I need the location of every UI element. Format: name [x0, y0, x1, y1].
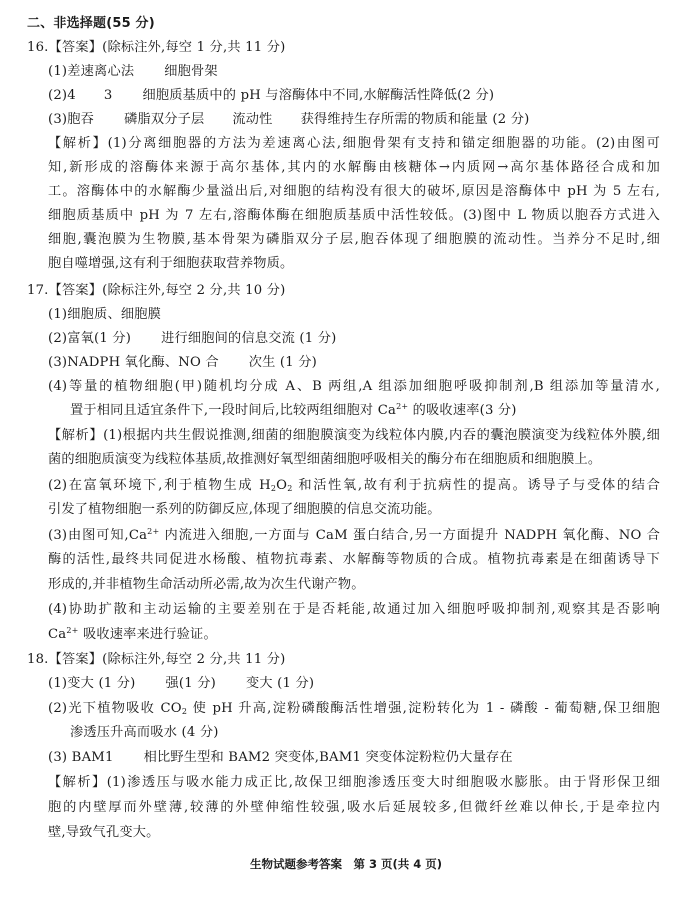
- q17-analysis-line: 酶的活性,最终共同促进水杨酸、植物抗毒素、水解酶等物质的合成。植物抗毒素是在细菌…: [48, 548, 660, 572]
- answer-key-page: 二、非选择题(55 分) 16.【答案】(除标注外,每空 1 分,共 11 分)…: [0, 0, 692, 901]
- q17-analysis-line: 引发了植物细胞一系列的防御反应,体现了细胞膜的信息交流功能。: [48, 498, 441, 522]
- q16-analysis-line: 细胞质基质中 pH 为 7 左右,溶酶体酶在细胞质基质中活性较低。(3)图中 L…: [48, 204, 660, 228]
- q16-analysis-line: 知,新形成的溶酶体来源于高尔基体,其内的水解酶由核糖体→内质网→高尔基体路径合成…: [48, 156, 660, 180]
- q18-answer-1: (1)变大 (1 分)强(1 分)变大 (1 分): [48, 672, 314, 696]
- q16-analysis-line: 细胞,囊泡膜为生物膜,基本骨架为磷脂双分子层,胞吞体现了细胞膜的流动性。当养分不…: [48, 228, 660, 252]
- q16-answer-2: (2)43细胞质基质中的 pH 与溶酶体中不同,水解酶活性降低(2 分): [48, 84, 494, 108]
- q18-analysis-line: 【解析】(1)渗透压与吸水能力成正比,故保卫细胞渗透压变大时细胞吸水膨胀。由于肾…: [48, 771, 660, 795]
- q18-analysis-line: 壁,导致气孔变大。: [48, 821, 160, 845]
- q17-analysis-line: 【解析】(1)根据内共生假说推测,细菌的细胞膜演变为线粒体内膜,内吞的囊泡膜演变…: [48, 424, 660, 448]
- q17-answer-1: (1)细胞质、细胞膜: [48, 303, 161, 327]
- q18-analysis-line: 胞的内壁厚而外壁薄,较薄的外壁伸缩性较强,吸水后延展较多,但微纤丝难以伸长,于是…: [48, 796, 660, 820]
- q17-analysis-line: Ca2+ 吸收速率来进行验证。: [48, 623, 217, 647]
- q17-answer-4: (4)等量的植物细胞(甲)随机均分成 A、B 两组,A 组添加细胞呼吸抑制剂,B…: [48, 375, 660, 399]
- q18-answer-3: (3) BAM1相比野生型和 BAM2 突变体,BAM1 突变体淀粉粒仍大量存在: [48, 746, 513, 770]
- q17-analysis-line: (2)在富氧环境下,利于植物生成 H2O2 和活性氧,故有利于抗病性的提高。诱导…: [48, 474, 660, 498]
- q17-answer-3: (3)NADPH 氧化酶、NO 合次生 (1 分): [48, 351, 317, 375]
- q16-analysis-line: 胞自噬增强,这有利于细胞获取营养物质。: [48, 252, 293, 276]
- q17-answer-2: (2)富氧(1 分)进行细胞间的信息交流 (1 分): [48, 327, 336, 351]
- q17-heading: 17.【答案】(除标注外,每空 2 分,共 10 分): [27, 279, 285, 303]
- q18-answer-2-cont: 渗透压升高而吸水 (4 分): [70, 721, 219, 745]
- q16-answer-1: (1)差速离心法细胞骨架: [48, 60, 218, 84]
- q18-heading: 18.【答案】(除标注外,每空 2 分,共 11 分): [27, 648, 285, 672]
- q17-analysis-line: 菌的细胞质演变为线粒体基质,故推测好氧型细菌细胞呼吸相关的酶分布在细胞质和细胞膜…: [48, 448, 601, 472]
- section-title: 二、非选择题(55 分): [27, 12, 155, 36]
- q17-analysis-line: 形成的,并非植物生命活动所必需,故为次生代谢产物。: [48, 573, 365, 597]
- page-footer: 生物试题参考答案 第 3 页(共 4 页): [0, 856, 692, 872]
- q16-heading: 16.【答案】(除标注外,每空 1 分,共 11 分): [27, 36, 285, 60]
- q16-answer-3: (3)胞吞磷脂双分子层流动性获得维持生存所需的物质和能量 (2 分): [48, 108, 529, 132]
- q17-analysis-line: (3)由图可知,Ca2+ 内流进入细胞,一方面与 CaM 蛋白结合,另一方面提升…: [48, 524, 660, 548]
- q17-analysis-line: (4)协助扩散和主动运输的主要差别在于是否耗能,故通过加入细胞呼吸抑制剂,观察其…: [48, 598, 660, 622]
- q18-answer-2: (2)光下植物吸收 CO2 使 pH 升高,淀粉磷酸酶活性增强,淀粉转化为 1 …: [48, 697, 660, 721]
- q16-analysis-line: 工。溶酶体中的水解酶少量溢出后,对细胞的结构没有很大的破坏,原因是溶酶体中 pH…: [48, 180, 660, 204]
- q16-analysis-line: 【解析】(1)分离细胞器的方法为差速离心法,细胞骨架有支持和锚定细胞器的功能。(…: [48, 132, 660, 156]
- q17-answer-4-cont: 置于相同且适宜条件下,一段时间后,比较两组细胞对 Ca2+ 的吸收速率(3 分): [70, 399, 517, 423]
